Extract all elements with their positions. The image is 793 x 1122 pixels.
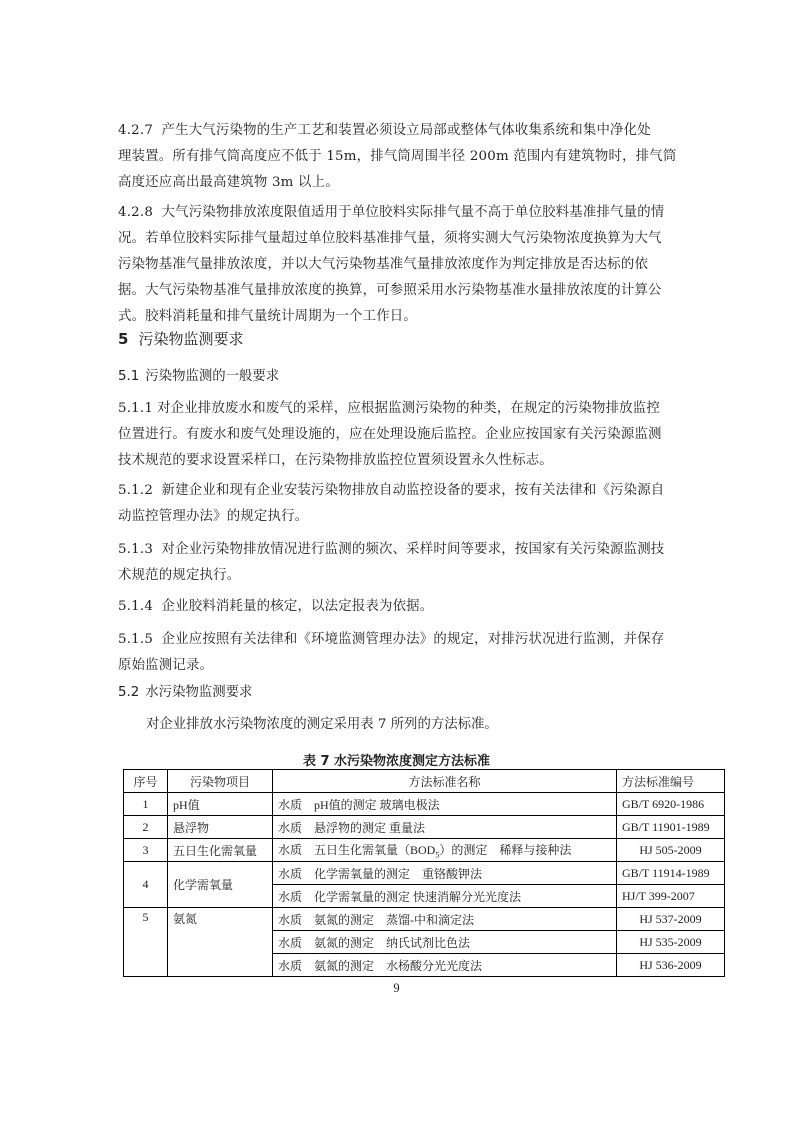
line: 况。若单位胶料实际排气量超过单位胶料基准排气量，须将实测大气污染物浓度换算为大气 <box>118 226 688 252</box>
method-code: HJ 535-2009 <box>617 931 725 954</box>
line: 5.1.1对企业排放废水和废气的采样，应根据监测污染物的种类，在规定的污染物排放… <box>118 396 688 422</box>
line: 技术规范的要求设置采样口，在污染物排放监控位置须设置永久性标志。 <box>118 448 688 474</box>
clause-5-1-1: 5.1.1对企业排放废水和废气的采样，应根据监测污染物的种类，在规定的污染物排放… <box>118 396 688 474</box>
table-row: 5 氨氮 水质 氨氮的测定 蒸馏-中和滴定法 HJ 537-2009 <box>124 908 725 931</box>
section-title: 污染物监测的一般要求 <box>145 369 279 384</box>
section-title: 水污染物监测要求 <box>145 685 252 700</box>
clause-number: 4.2.8 <box>118 205 153 220</box>
line: 5.1.2 新建企业和现有企业安装污染物排放自动监控设备的要求，按有关法律和《污… <box>118 478 688 504</box>
pollutant-item: 悬浮物 <box>168 816 273 839</box>
section-number: 5.1 <box>118 369 139 384</box>
section-5-1-heading: 5.1污染物监测的一般要求 <box>118 365 279 384</box>
line: 术规范的规定执行。 <box>118 563 688 589</box>
header-cell: 污染物项目 <box>168 770 273 793</box>
clause-5-1-4: 5.1.4 企业胶料消耗量的核定，以法定报表为依据。 <box>118 594 688 620</box>
line: 式。胶料消耗量和排气量统计周期为一个工作日。 <box>118 304 688 330</box>
pollutant-item: pH值 <box>168 793 273 816</box>
line: 4.2.7 产生大气污染物的生产工艺和装置必须设立局部或整体气体收集系统和集中净… <box>118 118 688 144</box>
clause-number: 4.2.7 <box>118 123 153 138</box>
method-name: 水质 pH值的测定 玻璃电极法 <box>273 793 617 816</box>
line: 原始监测记录。 <box>118 653 688 679</box>
method-code: HJ 505-2009 <box>617 839 725 862</box>
line: 4.2.8 大气污染物排放浓度限值适用于单位胶料实际排气量不高于单位胶料基准排气… <box>118 200 688 226</box>
line: 污染物基准气量排放浓度，并以大气污染物基准气量排放浓度作为判定排放是否达标的依 <box>118 252 688 278</box>
table-row: 3 五日生化需氧量 水质 五日生化需氧量（BOD5）的测定 稀释与接种法 HJ … <box>124 839 725 862</box>
method-code: GB/T 11901-1989 <box>617 816 725 839</box>
section-title: 污染物监测要求 <box>138 330 243 348</box>
method-code: HJ 536-2009 <box>617 954 725 977</box>
row-number: 1 <box>124 793 168 816</box>
header-cell: 方法标准编号 <box>617 770 725 793</box>
clause-number: 5.1.1 <box>118 401 153 416</box>
clause-number: 5.1.2 <box>118 483 153 498</box>
method-name: 水质 氨氮的测定 纳氏试剂比色法 <box>273 931 617 954</box>
line: 理装置。所有排气筒高度应不低于 15m，排气筒周围半径 200m 范围内有建筑物… <box>118 144 688 170</box>
section-5-heading: 5污染物监测要求 <box>118 328 243 349</box>
document-page: 4.2.7 产生大气污染物的生产工艺和装置必须设立局部或整体气体收集系统和集中净… <box>0 0 793 1122</box>
pollutant-item: 氨氮 <box>168 908 273 977</box>
line: 5.1.5 企业应按照有关法律和《环境监测管理办法》的规定，对排污状况进行监测，… <box>118 627 688 653</box>
method-code: GB/T 6920-1986 <box>617 793 725 816</box>
row-number: 4 <box>124 862 168 908</box>
clause-4-2-8: 4.2.8 大气污染物排放浓度限值适用于单位胶料实际排气量不高于单位胶料基准排气… <box>118 200 688 330</box>
section-5-2-intro: 对企业排放水污染物浓度的测定采用表 7 所列的方法标准。 <box>146 713 498 732</box>
table-caption: 表 7 水污染物浓度测定方法标准 <box>0 750 793 769</box>
method-code: HJ 537-2009 <box>617 908 725 931</box>
method-name: 水质 氨氮的测定 蒸馏-中和滴定法 <box>273 908 617 931</box>
row-number: 3 <box>124 839 168 862</box>
clause-number: 5.1.3 <box>118 542 153 557</box>
line: 5.1.3 对企业污染物排放情况进行监测的频次、采样时间等要求，按国家有关污染源… <box>118 537 688 563</box>
clause-5-1-2: 5.1.2 新建企业和现有企业安装污染物排放自动监控设备的要求，按有关法律和《污… <box>118 478 688 530</box>
line: 位置进行。有废水和废气处理设施的，应在处理设施后监控。企业应按国家有关污染源监测 <box>118 422 688 448</box>
method-code: GB/T 11914-1989 <box>617 862 725 885</box>
section-number: 5 <box>118 330 128 348</box>
pollutant-item: 化学需氧量 <box>168 862 273 908</box>
method-name: 水质 五日生化需氧量（BOD5）的测定 稀释与接种法 <box>273 839 617 862</box>
line: 高度还应高出最高建筑物 3m 以上。 <box>118 170 688 196</box>
table-row: 1 pH值 水质 pH值的测定 玻璃电极法 GB/T 6920-1986 <box>124 793 725 816</box>
method-name: 水质 化学需氧量的测定 重铬酸钾法 <box>273 862 617 885</box>
header-cell: 序号 <box>124 770 168 793</box>
clause-number: 5.1.4 <box>118 599 153 614</box>
page-number: 9 <box>0 981 793 996</box>
clause-number: 5.1.5 <box>118 632 153 647</box>
row-number: 2 <box>124 816 168 839</box>
table-row: 4 化学需氧量 水质 化学需氧量的测定 重铬酸钾法 GB/T 11914-198… <box>124 862 725 885</box>
line: 据。大气污染物基准气量排放浓度的换算，可参照采用水污染物基准水量排放浓度的计算公 <box>118 278 688 304</box>
clause-5-1-5: 5.1.5 企业应按照有关法律和《环境监测管理办法》的规定，对排污状况进行监测，… <box>118 627 688 679</box>
clause-5-1-3: 5.1.3 对企业污染物排放情况进行监测的频次、采样时间等要求，按国家有关污染源… <box>118 537 688 589</box>
table-header-row: 序号 污染物项目 方法标准名称 方法标准编号 <box>124 770 725 793</box>
method-name: 水质 悬浮物的测定 重量法 <box>273 816 617 839</box>
method-name: 水质 氨氮的测定 水杨酸分光光度法 <box>273 954 617 977</box>
row-number: 5 <box>124 908 168 977</box>
section-number: 5.2 <box>118 685 139 700</box>
section-5-2-heading: 5.2水污染物监测要求 <box>118 681 252 700</box>
clause-4-2-7: 4.2.7 产生大气污染物的生产工艺和装置必须设立局部或整体气体收集系统和集中净… <box>118 118 688 196</box>
line: 5.1.4 企业胶料消耗量的核定，以法定报表为依据。 <box>118 594 688 620</box>
table-7: 序号 污染物项目 方法标准名称 方法标准编号 1 pH值 水质 pH值的测定 玻… <box>123 769 725 977</box>
method-code: HJ/T 399-2007 <box>617 885 725 908</box>
line: 动监控管理办法》的规定执行。 <box>118 504 688 530</box>
method-name: 水质 化学需氧量的测定 快速消解分光光度法 <box>273 885 617 908</box>
pollutant-item: 五日生化需氧量 <box>168 839 273 862</box>
table-row: 2 悬浮物 水质 悬浮物的测定 重量法 GB/T 11901-1989 <box>124 816 725 839</box>
header-cell: 方法标准名称 <box>273 770 617 793</box>
